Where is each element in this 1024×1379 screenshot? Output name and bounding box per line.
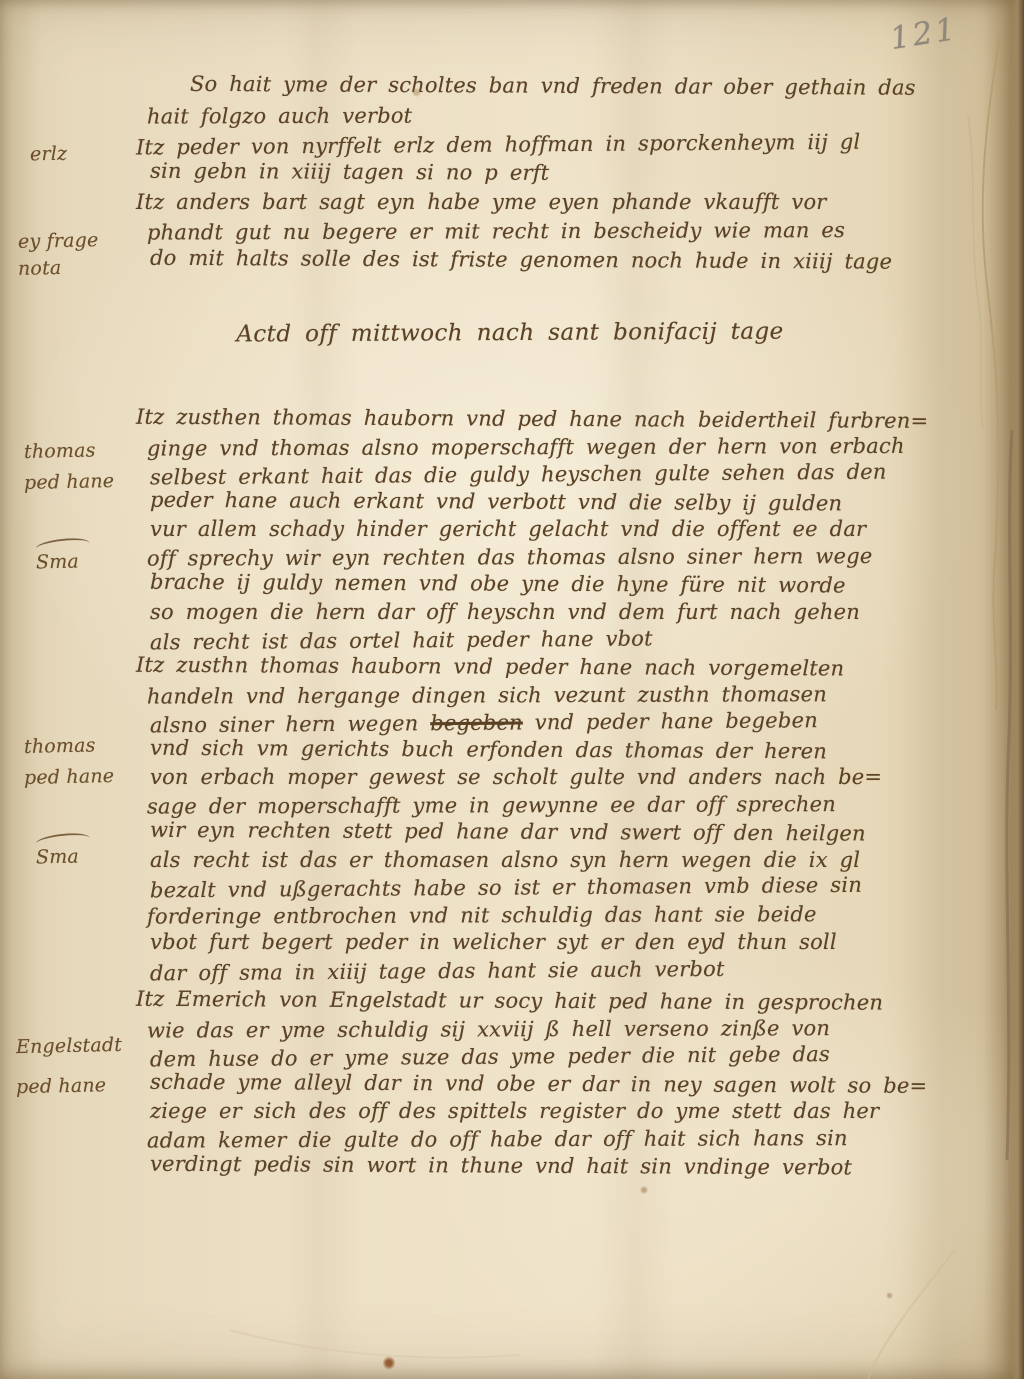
text-line: sin gebn in xiiij tagen si no p erft — [150, 157, 1014, 191]
margin-note: Engelstadt — [16, 1025, 123, 1067]
margin-note: ey frage — [18, 227, 99, 256]
margin-note-group: Engelstadtped hane — [16, 1026, 122, 1106]
section-heading: Actd off mittwoch nach sant bonifacij ta… — [140, 318, 880, 348]
ink-stain — [383, 1356, 395, 1370]
entry-block: Itz Emerich von Engelstadt ur socy hait … — [150, 988, 1014, 1181]
text-line: phandt gut nu begere er mit recht in bes… — [147, 216, 1011, 248]
text-line: schade yme alleyl dar in vnd obe er dar … — [150, 1068, 1014, 1100]
entry-block: Itz zusthen thomas hauborn vnd ped hane … — [150, 406, 1014, 654]
text-line: vbot furt begert peder in welicher syt e… — [150, 929, 1014, 957]
text-line: dar off sma in xiiij tage das hant sie a… — [150, 953, 1014, 987]
ink-stain — [886, 1292, 893, 1299]
page-edge — [1002, 0, 1024, 1379]
text-line: Itz anders bart sagt eyn habe yme eyen p… — [136, 188, 1014, 217]
margin-note-group: erlz — [30, 140, 67, 168]
margin-note: Sma — [36, 548, 80, 577]
text-line: verdingt pedis sin wort in thune vnd hai… — [150, 1151, 1014, 1183]
margin-note: ped hane — [16, 1065, 123, 1107]
text-line: So hait yme der scholtes ban vnd freden … — [190, 70, 1014, 103]
margin-note-group: thomasped hane — [24, 731, 114, 793]
text-line: peder hane auch erkant vnd verbott vnd d… — [150, 486, 1014, 518]
margin-note: ped hane — [24, 466, 115, 499]
text-line: so mogen die hern dar off heyschn vnd de… — [150, 599, 1014, 627]
entry-block: Itz zusthn thomas hauborn vnd peder hane… — [150, 654, 1014, 984]
margin-note: ped hane — [24, 761, 115, 794]
margin-note: erlz — [30, 140, 68, 169]
text-line: do mit halts solle des ist friste genome… — [150, 244, 1014, 278]
text-line: forderinge entbrochen vnd nit schuldig d… — [147, 900, 1011, 931]
margin-note-group: thomasped hane — [24, 436, 114, 498]
margin-note: thomas — [24, 730, 115, 763]
margin-note: nota — [18, 254, 99, 283]
text-line: vur allem schady hinder gericht gelacht … — [150, 516, 1014, 544]
text-line: brache ij guldy nemen vnd obe yne die hy… — [150, 569, 1014, 601]
text-line: off sprechy wir eyn rechten das thomas a… — [147, 542, 1011, 573]
text-line: Itz zusthn thomas hauborn vnd peder hane… — [136, 652, 1014, 684]
margin-note-group-summa: Sma — [36, 843, 79, 871]
ink-stain — [640, 1186, 648, 1194]
text-segment: vnd peder hane begeben — [523, 708, 818, 734]
entry-block: So hait yme der scholtes ban vnd freden … — [150, 72, 1014, 275]
margin-note: Sma — [36, 843, 80, 872]
text-line: wir eyn rechten stett ped hane dar vnd s… — [150, 817, 1014, 849]
margin-note-group: ey fragenota — [18, 228, 98, 282]
text-line: Itz zusthen thomas hauborn vnd ped hane … — [136, 404, 1014, 436]
margin-note: thomas — [24, 435, 115, 468]
text-line: bezalt vnd ußgerachts habe so ist er tho… — [150, 871, 1014, 905]
margin-note-group-summa: Sma — [36, 548, 79, 576]
manuscript-page: 121 erlz ey fragenota thomasped hane Sma… — [0, 0, 1024, 1379]
text-line: vnd sich vm gerichts buch erfonden das t… — [150, 734, 1014, 766]
text-line: als recht ist das er thomasen alsno syn … — [150, 847, 1014, 875]
text-line: von erbach moper gewest se scholt gulte … — [150, 764, 1014, 792]
text-line: ziege er sich des off des spittels regis… — [150, 1098, 1014, 1126]
folio-number: 121 — [888, 11, 961, 57]
text-line: Itz Emerich von Engelstadt ur socy hait … — [136, 986, 1014, 1018]
text-line: adam kemer die gulte do off habe dar off… — [147, 1124, 1011, 1155]
struck-word: begeben — [430, 710, 523, 735]
text-segment: alsno siner hern wegen — [150, 711, 430, 737]
text-line: sage der moperschafft yme in gewynne ee … — [147, 790, 1011, 821]
